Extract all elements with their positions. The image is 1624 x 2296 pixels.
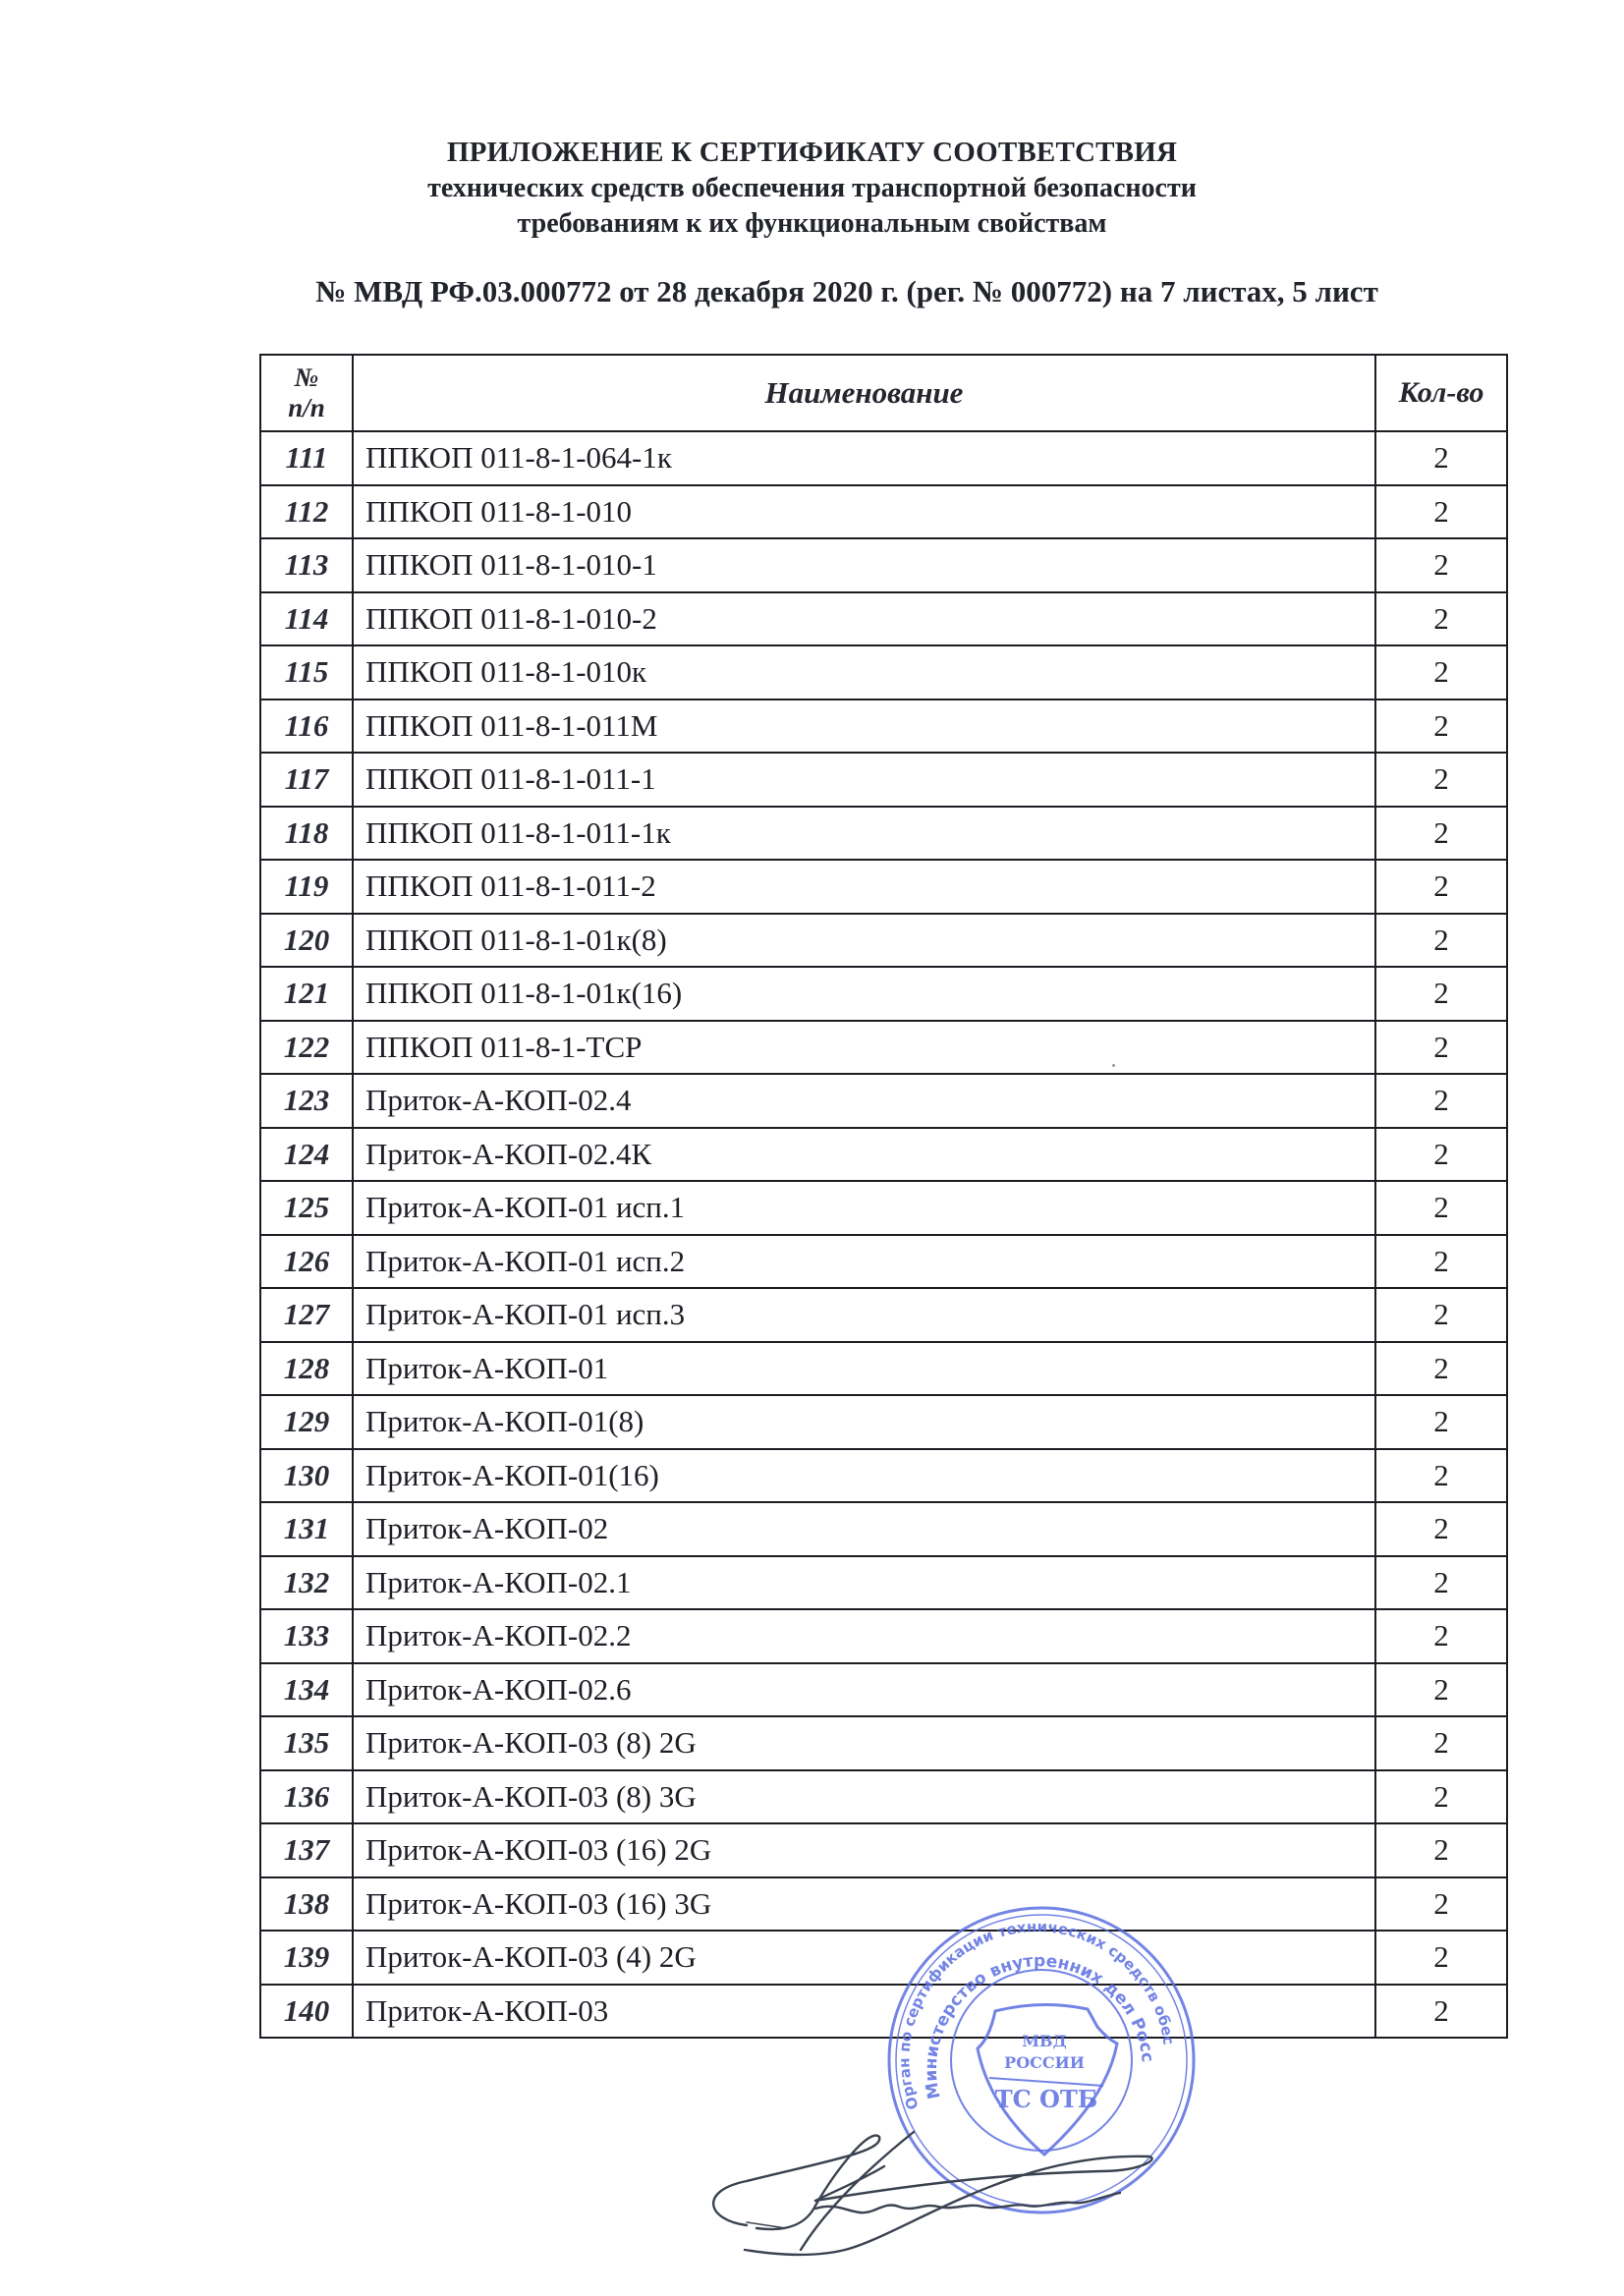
row-name: ППКОП 011-8-1-010-2	[353, 592, 1375, 646]
row-name: Приток-А-КОП-01	[353, 1342, 1375, 1396]
row-number: 112	[260, 485, 353, 539]
document-title: ПРИЛОЖЕНИЕ К СЕРТИФИКАТУ СООТВЕТСТВИЯ	[0, 137, 1624, 169]
row-name: Приток-А-КОП-02.4К	[353, 1128, 1375, 1182]
table-row: 124Приток-А-КОП-02.4К2	[260, 1128, 1507, 1182]
table-row: 123Приток-А-КОП-02.42	[260, 1074, 1507, 1128]
header-number-pp: п/п	[288, 393, 325, 422]
row-name: Приток-А-КОП-01(16)	[353, 1449, 1375, 1503]
row-quantity: 2	[1375, 1395, 1507, 1449]
row-name: ППКОП 011-8-1-011-1	[353, 753, 1375, 807]
row-quantity: 2	[1375, 431, 1507, 485]
row-number: 120	[260, 914, 353, 968]
row-name: Приток-А-КОП-01 исп.1	[353, 1181, 1375, 1235]
row-number: 129	[260, 1395, 353, 1449]
certificate-reference: № МВД РФ.03.000772 от 28 декабря 2020 г.…	[0, 274, 1624, 309]
row-name: ППКОП 011-8-1-010к	[353, 645, 1375, 700]
table-row: 132Приток-А-КОП-02.12	[260, 1556, 1507, 1610]
table-row: 138Приток-А-КОП-03 (16) 3G2	[260, 1877, 1507, 1932]
table-row: 120ППКОП 011-8-1-01к(8)2	[260, 914, 1507, 968]
row-name: ППКОП 011-8-1-010	[353, 485, 1375, 539]
table-row: 115ППКОП 011-8-1-010к2	[260, 645, 1507, 700]
table-row: 118ППКОП 011-8-1-011-1к2	[260, 807, 1507, 861]
row-quantity: 2	[1375, 1342, 1507, 1396]
row-quantity: 2	[1375, 538, 1507, 592]
table-row: 116ППКОП 011-8-1-011М2	[260, 700, 1507, 754]
row-quantity: 2	[1375, 1502, 1507, 1556]
row-name: ППКОП 011-8-1-064-1к	[353, 431, 1375, 485]
row-quantity: 2	[1375, 1235, 1507, 1289]
row-number: 133	[260, 1609, 353, 1663]
row-number: 121	[260, 967, 353, 1021]
row-number: 123	[260, 1074, 353, 1128]
row-quantity: 2	[1375, 700, 1507, 754]
document-subtitle-line2: требованиям к их функциональным свойства…	[0, 208, 1624, 240]
row-name: Приток-А-КОП-03 (16) 3G	[353, 1877, 1375, 1932]
header-name: Наименование	[353, 355, 1375, 431]
row-quantity: 2	[1375, 860, 1507, 914]
row-name: ППКОП 011-8-1-01к(16)	[353, 967, 1375, 1021]
row-quantity: 2	[1375, 1074, 1507, 1128]
table-row: 140Приток-А-КОП-032	[260, 1985, 1507, 2039]
equipment-table: № п/п Наименование Кол-во 111ППКОП 011-8…	[259, 354, 1508, 2039]
row-quantity: 2	[1375, 1985, 1507, 2039]
row-name: Приток-А-КОП-01 исп.3	[353, 1288, 1375, 1342]
row-number: 138	[260, 1877, 353, 1932]
table-row: 122ППКОП 011-8-1-TCP2	[260, 1021, 1507, 1075]
row-name: ППКОП 011-8-1-011-2	[353, 860, 1375, 914]
row-number: 139	[260, 1931, 353, 1985]
table-header-row: № п/п Наименование Кол-во	[260, 355, 1507, 431]
table-row: 129Приток-А-КОП-01(8)2	[260, 1395, 1507, 1449]
header-number-sign: №	[295, 363, 319, 392]
row-name: ППКОП 011-8-1-TCP	[353, 1021, 1375, 1075]
row-quantity: 2	[1375, 914, 1507, 968]
row-number: 127	[260, 1288, 353, 1342]
table-row: 111ППКОП 011-8-1-064-1к2	[260, 431, 1507, 485]
row-number: 114	[260, 592, 353, 646]
table-row: 131Приток-А-КОП-022	[260, 1502, 1507, 1556]
row-name: Приток-А-КОП-02.6	[353, 1663, 1375, 1717]
row-number: 115	[260, 645, 353, 700]
row-name: Приток-А-КОП-03 (8) 3G	[353, 1770, 1375, 1824]
row-quantity: 2	[1375, 1288, 1507, 1342]
table-row: 135Приток-А-КОП-03 (8) 2G2	[260, 1716, 1507, 1770]
row-quantity: 2	[1375, 1877, 1507, 1932]
row-quantity: 2	[1375, 1021, 1507, 1075]
table-row: 112ППКОП 011-8-1-0102	[260, 485, 1507, 539]
row-name: ППКОП 011-8-1-010-1	[353, 538, 1375, 592]
row-name: Приток-А-КОП-01(8)	[353, 1395, 1375, 1449]
row-quantity: 2	[1375, 1663, 1507, 1717]
table-row: 127Приток-А-КОП-01 исп.32	[260, 1288, 1507, 1342]
table-row: 128Приток-А-КОП-012	[260, 1342, 1507, 1396]
table-row: 133Приток-А-КОП-02.22	[260, 1609, 1507, 1663]
row-name: Приток-А-КОП-02.2	[353, 1609, 1375, 1663]
row-number: 117	[260, 753, 353, 807]
table-row: 125Приток-А-КОП-01 исп.12	[260, 1181, 1507, 1235]
row-number: 116	[260, 700, 353, 754]
row-name: Приток-А-КОП-01 исп.2	[353, 1235, 1375, 1289]
row-number: 131	[260, 1502, 353, 1556]
row-name: Приток-А-КОП-03 (4) 2G	[353, 1931, 1375, 1985]
row-number: 140	[260, 1985, 353, 2039]
row-name: Приток-А-КОП-03 (16) 2G	[353, 1823, 1375, 1877]
row-number: 118	[260, 807, 353, 861]
row-number: 132	[260, 1556, 353, 1610]
row-name: Приток-А-КОП-03 (8) 2G	[353, 1716, 1375, 1770]
table-row: 130Приток-А-КОП-01(16)2	[260, 1449, 1507, 1503]
row-quantity: 2	[1375, 753, 1507, 807]
row-number: 124	[260, 1128, 353, 1182]
stamp-shield-line3: ТС ОТБ	[995, 2085, 1098, 2113]
table-row: 137Приток-А-КОП-03 (16) 2G2	[260, 1823, 1507, 1877]
row-quantity: 2	[1375, 807, 1507, 861]
row-name: Приток-А-КОП-02.4	[353, 1074, 1375, 1128]
row-number: 125	[260, 1181, 353, 1235]
row-number: 111	[260, 431, 353, 485]
row-quantity: 2	[1375, 645, 1507, 700]
table-row: 119ППКОП 011-8-1-011-22	[260, 860, 1507, 914]
row-name: Приток-А-КОП-03	[353, 1985, 1375, 2039]
table-row: 117ППКОП 011-8-1-011-12	[260, 753, 1507, 807]
table-row: 126Приток-А-КОП-01 исп.22	[260, 1235, 1507, 1289]
row-quantity: 2	[1375, 1449, 1507, 1503]
row-quantity: 2	[1375, 967, 1507, 1021]
row-number: 122	[260, 1021, 353, 1075]
table-row: 136Приток-А-КОП-03 (8) 3G2	[260, 1770, 1507, 1824]
signature	[688, 2112, 1159, 2260]
row-number: 137	[260, 1823, 353, 1877]
row-quantity: 2	[1375, 1931, 1507, 1985]
row-quantity: 2	[1375, 1823, 1507, 1877]
document-subtitle-line1: технических средств обеспечения транспор…	[0, 173, 1624, 204]
stamp-shield-line2: РОССИИ	[1004, 2053, 1085, 2072]
header-quantity: Кол-во	[1375, 355, 1507, 431]
table-row: 134Приток-А-КОП-02.62	[260, 1663, 1507, 1717]
row-number: 134	[260, 1663, 353, 1717]
row-name: ППКОП 011-8-1-011-1к	[353, 807, 1375, 861]
row-number: 130	[260, 1449, 353, 1503]
table-row: 139Приток-А-КОП-03 (4) 2G2	[260, 1931, 1507, 1985]
row-quantity: 2	[1375, 1770, 1507, 1824]
table-row: 121ППКОП 011-8-1-01к(16)2	[260, 967, 1507, 1021]
row-quantity: 2	[1375, 1716, 1507, 1770]
row-quantity: 2	[1375, 1609, 1507, 1663]
header-number: № п/п	[260, 355, 353, 431]
table-row: 113ППКОП 011-8-1-010-12	[260, 538, 1507, 592]
row-number: 126	[260, 1235, 353, 1289]
row-number: 113	[260, 538, 353, 592]
row-quantity: 2	[1375, 1556, 1507, 1610]
scan-artifact	[1112, 1064, 1115, 1067]
row-quantity: 2	[1375, 1181, 1507, 1235]
row-quantity: 2	[1375, 592, 1507, 646]
row-name: Приток-А-КОП-02	[353, 1502, 1375, 1556]
row-number: 135	[260, 1716, 353, 1770]
row-name: Приток-А-КОП-02.1	[353, 1556, 1375, 1610]
row-quantity: 2	[1375, 485, 1507, 539]
row-name: ППКОП 011-8-1-01к(8)	[353, 914, 1375, 968]
row-name: ППКОП 011-8-1-011М	[353, 700, 1375, 754]
table-row: 114ППКОП 011-8-1-010-22	[260, 592, 1507, 646]
row-number: 136	[260, 1770, 353, 1824]
row-number: 119	[260, 860, 353, 914]
row-quantity: 2	[1375, 1128, 1507, 1182]
row-number: 128	[260, 1342, 353, 1396]
